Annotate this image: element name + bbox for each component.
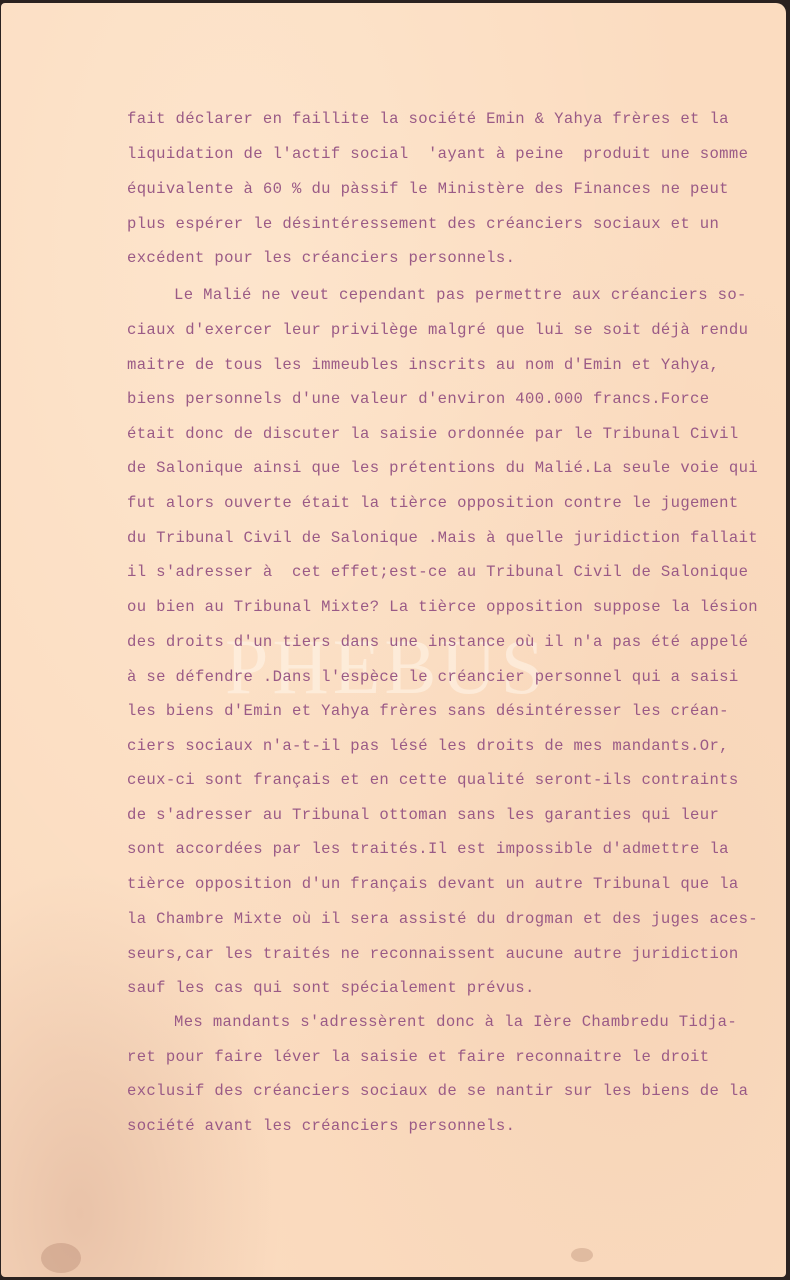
text-line: il s'adresser à cet effet;est-ce au Trib… bbox=[127, 561, 748, 583]
text-line: excédent pour les créanciers personnels. bbox=[127, 247, 515, 269]
text-line: fut alors ouverte était la tièrce opposi… bbox=[127, 492, 739, 514]
text-line: plus espérer le désintéressement des cré… bbox=[127, 213, 719, 235]
text-line: des droits d'un tiers dans une instance … bbox=[127, 631, 748, 653]
text-line: société avant les créanciers personnels. bbox=[127, 1115, 515, 1137]
text-line: de Salonique ainsi que les prétentions d… bbox=[127, 457, 758, 479]
text-line: maitre de tous les immeubles inscrits au… bbox=[127, 354, 719, 376]
text-line: ceux-ci sont français et en cette qualit… bbox=[127, 769, 739, 791]
text-line: à se défendre .Dans l'espèce le créancie… bbox=[127, 666, 739, 688]
text-line: du Tribunal Civil de Salonique .Mais à q… bbox=[127, 527, 758, 549]
text-line: seurs,car les traités ne reconnaissent a… bbox=[127, 943, 739, 965]
text-line: la Chambre Mixte où il sera assisté du d… bbox=[127, 908, 758, 930]
text-line: était donc de discuter la saisie ordonné… bbox=[127, 423, 739, 445]
text-line: biens personnels d'une valeur d'environ … bbox=[127, 388, 709, 410]
text-line: liquidation de l'actif social 'ayant à p… bbox=[127, 143, 748, 165]
text-line: fait déclarer en faillite la société Emi… bbox=[127, 108, 729, 130]
text-line: tièrce opposition d'un français devant u… bbox=[127, 873, 739, 895]
ink-stain bbox=[41, 1243, 81, 1273]
text-line: ciers sociaux n'a-t-il pas lésé les droi… bbox=[127, 735, 729, 757]
paragraph-start-line: Le Malié ne veut cependant pas permettre… bbox=[174, 284, 747, 306]
text-line: sauf les cas qui sont spécialement prévu… bbox=[127, 977, 535, 999]
text-line: ou bien au Tribunal Mixte? La tièrce opp… bbox=[127, 596, 758, 618]
text-line: sont accordées par les traités.Il est im… bbox=[127, 838, 729, 860]
text-line: de s'adresser au Tribunal ottoman sans l… bbox=[127, 804, 719, 826]
text-line: les biens d'Emin et Yahya frères sans dé… bbox=[127, 700, 729, 722]
ink-stain bbox=[571, 1248, 593, 1262]
text-line: ret pour faire léver la saisie et faire … bbox=[127, 1046, 709, 1068]
text-line: ciaux d'exercer leur privilège malgré qu… bbox=[127, 319, 748, 341]
paragraph-start-line: Mes mandants s'adressèrent donc à la Ièr… bbox=[174, 1011, 737, 1033]
text-line: équivalente à 60 % du pàssif le Ministèr… bbox=[127, 178, 729, 200]
text-line: exclusif des créanciers sociaux de se na… bbox=[127, 1080, 748, 1102]
